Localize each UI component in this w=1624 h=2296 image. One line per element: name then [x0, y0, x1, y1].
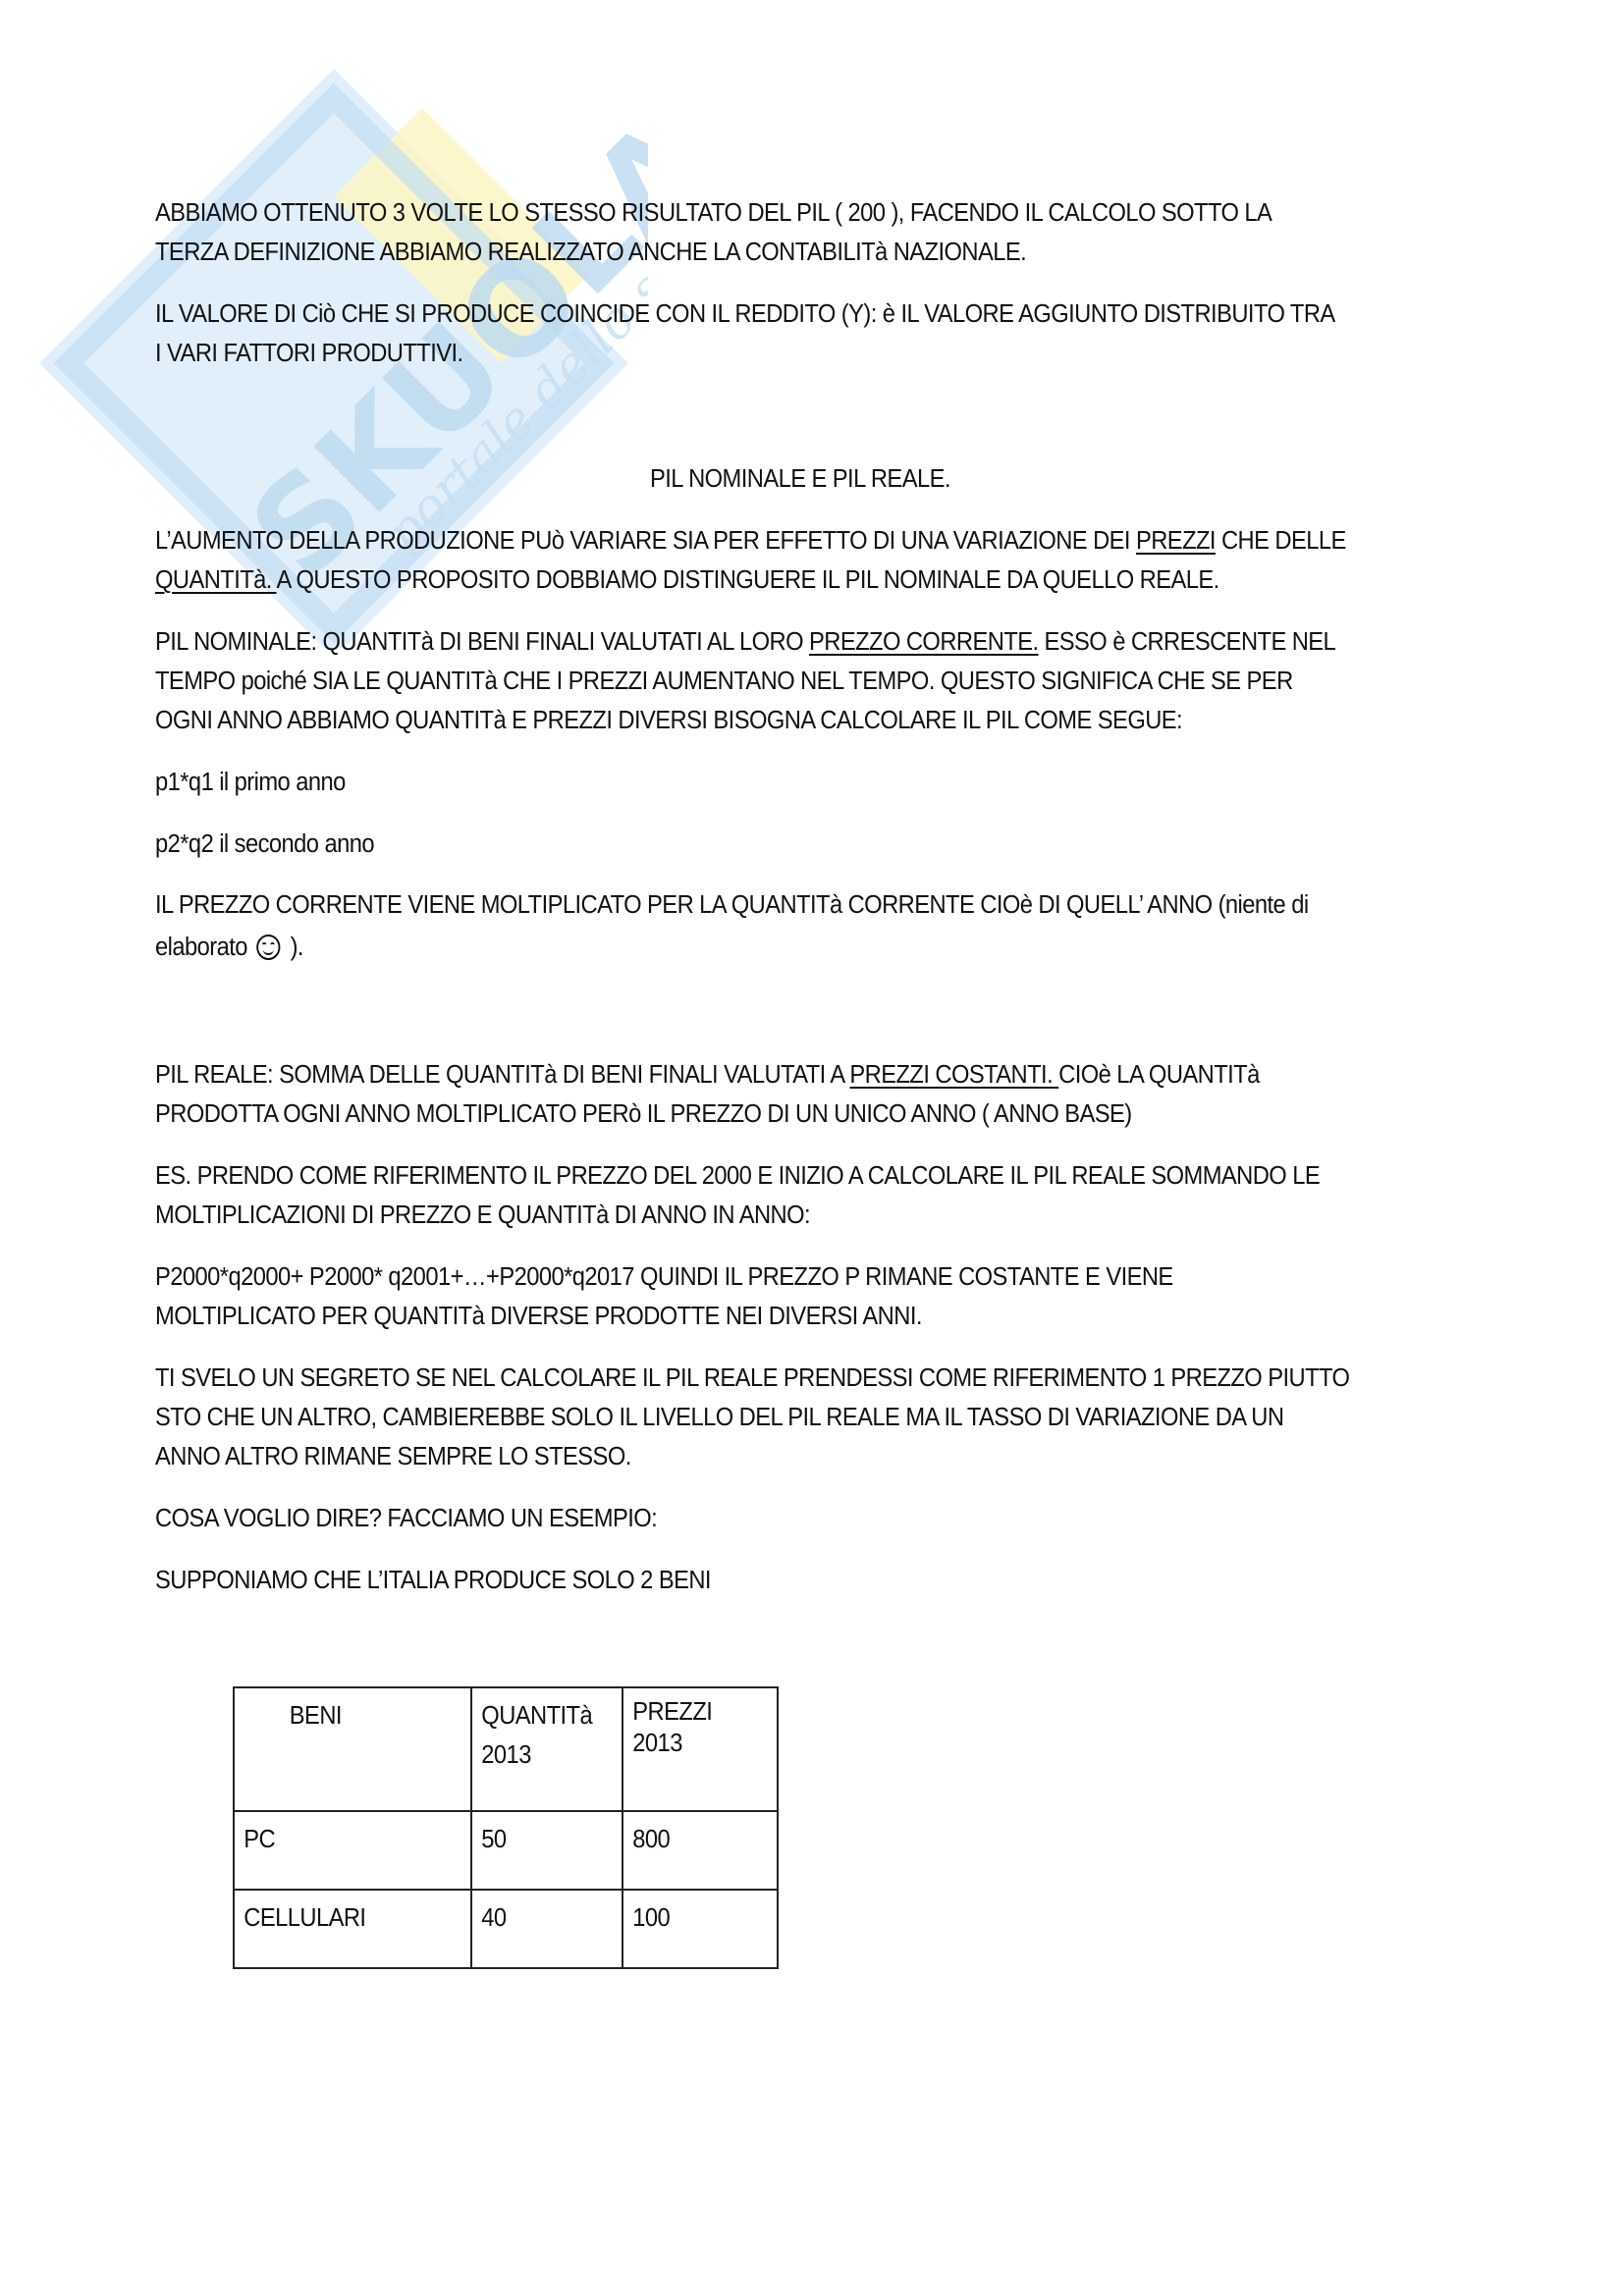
paragraph-esempio-line2: MOLTIPLICAZIONI DI PREZZO E QUANTITà DI …: [155, 1201, 810, 1230]
paragraph-supponiamo: SUPPONIAMO CHE L’ITALIA PRODUCE SOLO 2 B…: [155, 1566, 711, 1595]
paragraph-valore-line1: IL VALORE DI Ciò CHE SI PRODUCE COINCIDE…: [155, 299, 1335, 329]
table-row: CELLULARI 40 100: [234, 1890, 778, 1968]
paragraph-pil-nominale-line3: OGNI ANNO ABBIAMO QUANTITà E PREZZI DIVE…: [155, 706, 1182, 735]
paragraph-pil-result-line1: ABBIAMO OTTENUTO 3 VOLTE LO STESSO RISUL…: [155, 198, 1272, 228]
header-cell-prezzi: PREZZI2013: [623, 1687, 778, 1811]
table-header-row: BENI QUANTITà2013 PREZZI2013: [234, 1687, 778, 1811]
paragraph-prezzo-corrente-line1: IL PREZZO CORRENTE VIENE MOLTIPLICATO PE…: [155, 890, 1309, 920]
section-heading: PIL NOMINALE E PIL REALE.: [650, 464, 950, 494]
smiley-emoji-icon: [257, 934, 281, 960]
table-row: PC 50 800: [234, 1811, 778, 1890]
paragraph-prezzo-corrente-line2: elaborato ).: [155, 933, 303, 962]
paragraph-esempio-line1: ES. PRENDO COME RIFERIMENTO IL PREZZO DE…: [155, 1161, 1320, 1191]
paragraph-pil-result-line2: TERZA DEFINIZIONE ABBIAMO REALIZZATO ANC…: [155, 238, 1026, 267]
paragraph-formula-reale-line2: MOLTIPLICATO PER QUANTITà DIVERSE PRODOT…: [155, 1302, 922, 1331]
underlined-prezzi-costanti: PREZZI COSTANTI.: [849, 1061, 1058, 1089]
goods-table: BENI QUANTITà2013 PREZZI2013 PC 50 800 C…: [233, 1686, 779, 1969]
table-cell-price: 800: [623, 1811, 778, 1890]
table-cell-quantity: 40: [471, 1890, 623, 1968]
underlined-prezzi: PREZZI: [1136, 527, 1216, 555]
paragraph-pil-reale-line1: PIL REALE: SOMMA DELLE QUANTITà DI BENI …: [155, 1060, 1260, 1090]
paragraph-pil-nominale-line2: TEMPO poiché SIA LE QUANTITà CHE I PREZZ…: [155, 667, 1293, 696]
table-cell-good: PC: [234, 1811, 471, 1890]
paragraph-pil-reale-line2: PRODOTTA OGNI ANNO MOLTIPLICATO PERò IL …: [155, 1099, 1132, 1129]
paragraph-pil-nominale-line1: PIL NOMINALE: QUANTITà DI BENI FINALI VA…: [155, 627, 1335, 657]
table-cell-quantity: 50: [471, 1811, 623, 1890]
paragraph-segreto-line1: TI SVELO UN SEGRETO SE NEL CALCOLARE IL …: [155, 1363, 1349, 1393]
formula-second-year: p2*q2 il secondo anno: [155, 829, 374, 859]
formula-first-year: p1*q1 il primo anno: [155, 768, 346, 797]
header-cell-beni: BENI: [234, 1687, 471, 1811]
header-cell-quantita: QUANTITà2013: [471, 1687, 623, 1811]
underlined-prezzo-corrente: PREZZO CORRENTE.: [809, 628, 1039, 656]
paragraph-aumento-line1: L’AUMENTO DELLA PRODUZIONE PUò VARIARE S…: [155, 526, 1346, 556]
paragraph-segreto-line2: STO CHE UN ALTRO, CAMBIEREBBE SOLO IL LI…: [155, 1403, 1283, 1432]
table-cell-price: 100: [623, 1890, 778, 1968]
table-cell-good: CELLULARI: [234, 1890, 471, 1968]
paragraph-formula-reale-line1: P2000*q2000+ P2000* q2001+…+P2000*q2017 …: [155, 1262, 1173, 1292]
underlined-quantita: QUANTITà.: [155, 566, 277, 594]
paragraph-cosa-voglio-dire: COSA VOGLIO DIRE? FACCIAMO UN ESEMPIO:: [155, 1504, 657, 1533]
paragraph-segreto-line3: ANNO ALTRO RIMANE SEMPRE LO STESSO.: [155, 1442, 631, 1471]
paragraph-valore-line2: I VARI FATTORI PRODUTTIVI.: [155, 339, 463, 368]
paragraph-aumento-line2: QUANTITà. A QUESTO PROPOSITO DOBBIAMO DI…: [155, 565, 1219, 595]
